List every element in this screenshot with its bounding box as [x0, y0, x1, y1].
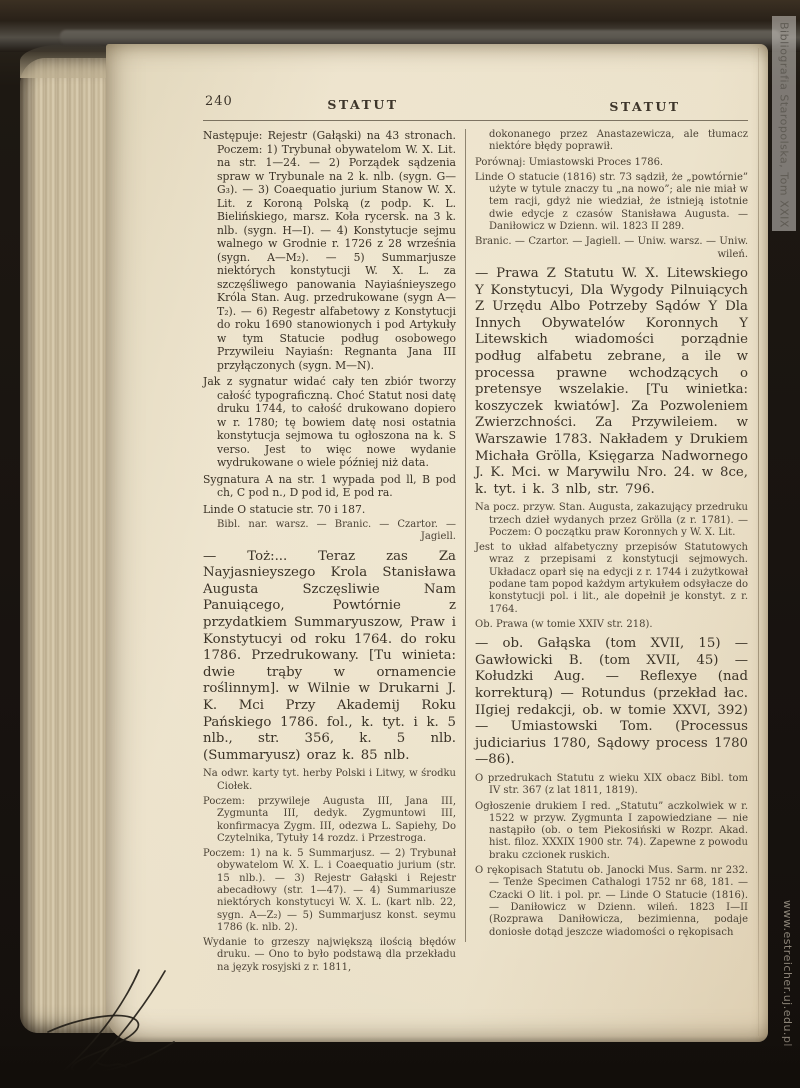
paragraph: — ob. Gałąska (tom XVII, 15) — Gawłowick…: [475, 636, 748, 769]
watermark-volume-label: Bibliografia Staropolska, Tom XXIX: [772, 16, 796, 231]
paragraph: Poczem: przywileje Augusta III, Jana III…: [203, 796, 456, 845]
paragraph: Wydanie to grzeszy największą ilością bł…: [203, 937, 456, 974]
paragraph: Linde O statucie str. 70 i 187.: [203, 503, 456, 517]
paragraph: Bibl. nar. warsz. — Branic. — Czartor. —…: [203, 519, 456, 544]
right-column: dokonanego przez Anastazewicza, ale tłum…: [465, 129, 748, 942]
running-title-left: STATUT: [327, 97, 398, 112]
paragraph: Branic. — Czartor. — Jagiell. — Uniw. wa…: [475, 236, 748, 261]
running-header: 240 STATUT STATUT: [203, 90, 748, 116]
paragraph: O rękopisach Statutu ob. Janocki Mus. Sa…: [475, 865, 748, 939]
paragraph: Poczem: 1) na k. 5 Summarjusz. — 2) Tryb…: [203, 848, 456, 934]
page-edges-curve: [20, 44, 116, 78]
book-page: 240 STATUT STATUT Następuje: Rejestr (Ga…: [106, 44, 768, 1042]
running-title-right: STATUT: [609, 99, 680, 114]
left-column: Następuje: Rejestr (Gałąski) na 43 stron…: [203, 129, 465, 977]
scanned-book-photo: { "colors": { "paper": "#e9dfc6", "ink":…: [0, 0, 800, 1088]
paragraph: — Toż:... Teraz zas Za Nayjasnieyszego K…: [203, 549, 456, 765]
page-number: 240: [205, 94, 233, 109]
paragraph: Ob. Prawa (w tomie XXIV str. 218).: [475, 619, 748, 631]
paragraph: Ogłoszenie drukiem I red. „Statutu” aczk…: [475, 801, 748, 862]
paragraph: Jest to układ alfabetyczny przepisów Sta…: [475, 542, 748, 616]
paragraph: Jak z sygnatur widać cały ten zbiór twor…: [203, 375, 456, 470]
paragraph: Następuje: Rejestr (Gałąski) na 43 stron…: [203, 129, 456, 372]
book-top-highlight: [60, 30, 780, 44]
paragraph: Sygnatura A na str. 1 wypada pod ll, B p…: [203, 473, 456, 500]
page-content: 240 STATUT STATUT Następuje: Rejestr (Ga…: [203, 90, 748, 1020]
paragraph: O przedrukach Statutu z wieku XIX obacz …: [475, 773, 748, 798]
header-rule: [203, 120, 748, 121]
paragraph: Na odwr. karty tyt. herby Polski i Litwy…: [203, 768, 456, 793]
paragraph: Na pocz. przyw. Stan. Augusta, zakazując…: [475, 502, 748, 539]
paragraph: Porównaj: Umiastowski Proces 1786.: [475, 157, 748, 169]
text-columns: Następuje: Rejestr (Gałąski) na 43 stron…: [203, 129, 748, 977]
paragraph: — Prawa Z Statutu W. X. Litewskiego Y Ko…: [475, 266, 748, 498]
paragraph: dokonanego przez Anastazewicza, ale tłum…: [475, 129, 748, 154]
book-bottom-edge: [0, 1036, 800, 1088]
paragraph: Linde O statucie (1816) str. 73 sądził, …: [475, 172, 748, 233]
page-edges-stack: [20, 58, 116, 1033]
